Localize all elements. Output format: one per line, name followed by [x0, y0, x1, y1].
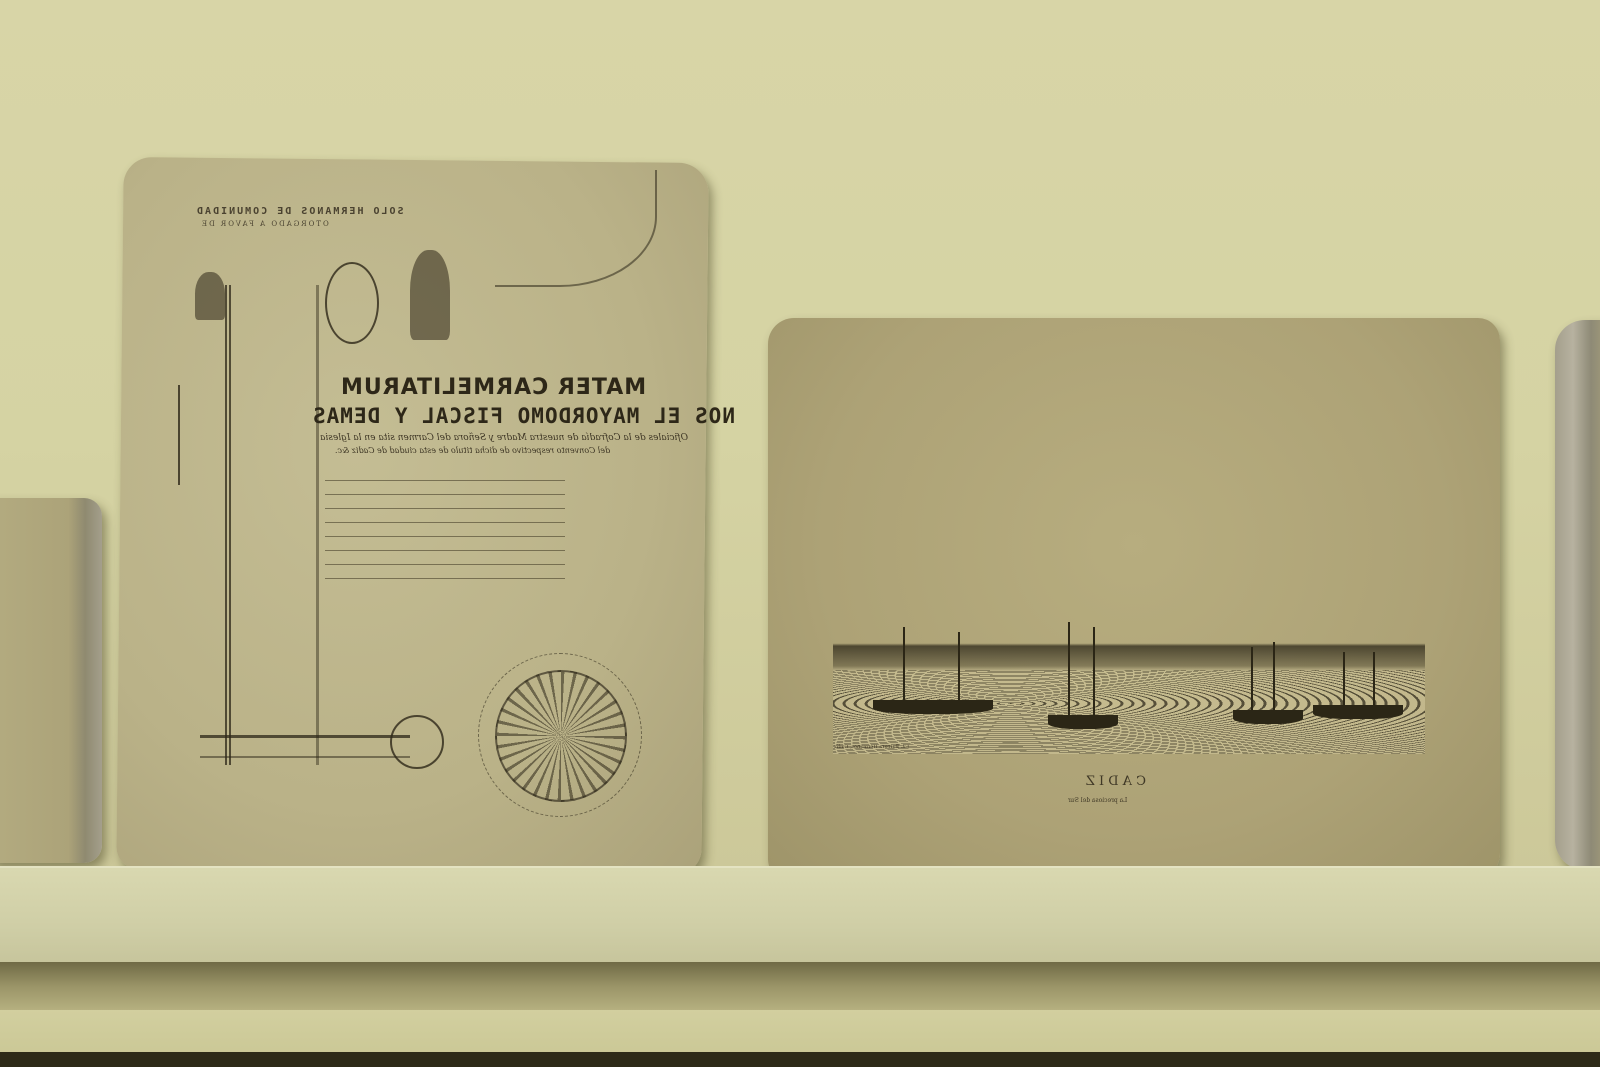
shelf-shadow	[0, 962, 1600, 1017]
certificate-body-line1: Oficiales de la Cofradía de nuestra Madr…	[320, 433, 688, 443]
stone-cadiz	[768, 318, 1500, 883]
certificate-header-line2: OTORGADO A FAVOR DE	[200, 220, 329, 228]
steamship	[873, 624, 993, 714]
portrait-medallion-icon	[325, 262, 379, 344]
cadiz-title: CADIZ	[1082, 774, 1146, 789]
certificate-title: MATER CARMELITARUM	[340, 375, 646, 400]
stone-right-partial	[1555, 320, 1600, 870]
ornamental-base	[200, 735, 410, 758]
certificate-subtitle: NOS EL MAYORDOMO FISCAL Y DEMAS	[312, 404, 735, 428]
handwritten-lines	[325, 480, 565, 592]
crest-medallion-icon	[390, 715, 444, 769]
brig	[1233, 644, 1303, 724]
virgin-figure-icon	[410, 250, 450, 340]
compass-rose-icon	[495, 670, 627, 802]
cadiz-credit: Lit. Barrera Hermanos, Cadiz	[834, 744, 909, 750]
ornamental-column	[225, 285, 319, 765]
certificate-header-line1: SOLO HERMANOS DE COMUNIDAD	[195, 206, 404, 217]
monk-figure-icon	[195, 272, 225, 320]
harbor-engraving	[833, 612, 1425, 754]
stone-left-partial	[0, 498, 102, 863]
cadiz-subtitle: La preciosa del Sur	[1068, 797, 1127, 804]
shelf-lower	[0, 1010, 1600, 1055]
certificate-body-line2: del Convento respectivo de dicha titulo …	[335, 446, 610, 455]
shelf-front	[0, 866, 1600, 966]
ladder-cross-icon	[178, 385, 196, 485]
bottom-edge	[0, 1052, 1600, 1067]
sailing-ship	[1313, 649, 1403, 719]
tall-ship	[1048, 619, 1118, 729]
